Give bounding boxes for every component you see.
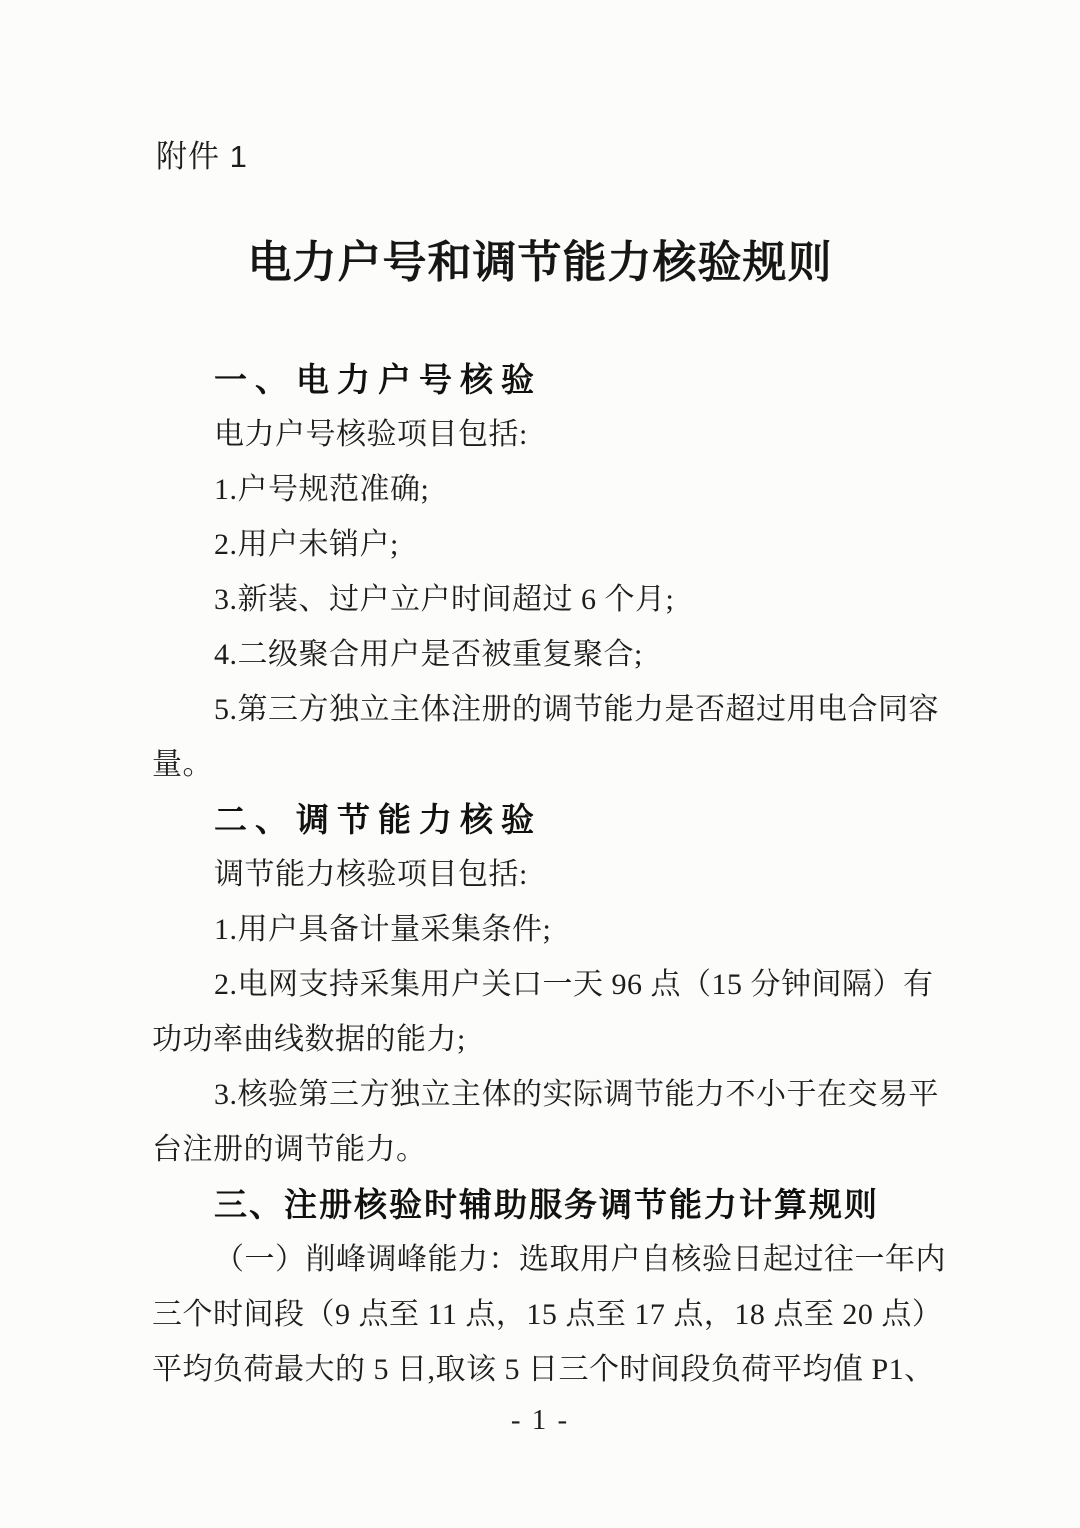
text-line: 调节能力核验项目包括: [152, 847, 932, 902]
text-line: 平均负荷最大的 5 日,取该 5 日三个时间段负荷平均值 P1、 [152, 1342, 932, 1397]
attachment-label: 附件 1 [156, 141, 248, 172]
text-line: 5.第三方独立主体注册的调节能力是否超过用电合同容 [152, 682, 932, 737]
text-line: 2.电网支持采集用户关口一天 96 点（15 分钟间隔）有 [152, 957, 932, 1012]
text-line: （一）削峰调峰能力：选取用户自核验日起过往一年内 [152, 1232, 932, 1287]
text-line: 三个时间段（9 点至 11 点，15 点至 17 点，18 点至 20 点） [152, 1287, 932, 1342]
document-page: 附件 1 电力户号和调节能力核验规则 一、电力户号核验电力户号核验项目包括:1.… [0, 0, 1080, 1528]
text-line: 电力户号核验项目包括: [152, 407, 932, 462]
document-title: 电力户号和调节能力核验规则 [0, 238, 1080, 289]
text-line: 1.户号规范准确; [152, 462, 932, 517]
text-line: 功功率曲线数据的能力; [152, 1012, 932, 1067]
page-number: - 1 - [0, 1403, 1080, 1438]
text-line: 3.核验第三方独立主体的实际调节能力不小于在交易平 [152, 1067, 932, 1122]
text-line: 4.二级聚合用户是否被重复聚合; [152, 627, 932, 682]
document-body: 一、电力户号核验电力户号核验项目包括:1.户号规范准确;2.用户未销户;3.新装… [152, 352, 932, 1397]
text-line: 量。 [152, 737, 932, 792]
text-line: 台注册的调节能力。 [152, 1122, 932, 1177]
text-line: 1.用户具备计量采集条件; [152, 902, 932, 957]
text-line: 2.用户未销户; [152, 517, 932, 572]
section-heading: 一、电力户号核验 [152, 352, 932, 407]
section-heading: 三、注册核验时辅助服务调节能力计算规则 [152, 1177, 932, 1232]
section-heading: 二、调节能力核验 [152, 792, 932, 847]
text-line: 3.新装、过户立户时间超过 6 个月; [152, 572, 932, 627]
